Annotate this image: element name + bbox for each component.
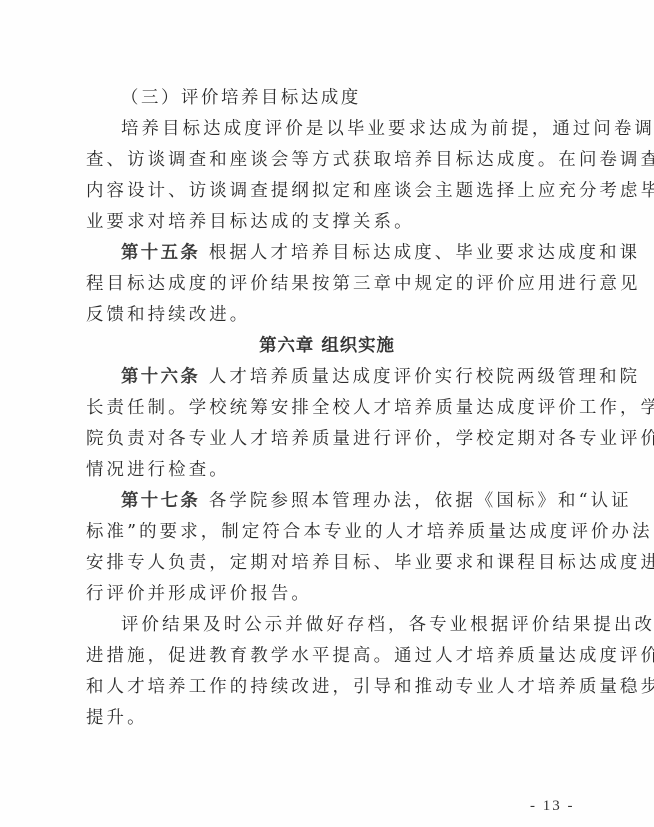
section-heading: （三）评价培养目标达成度 bbox=[86, 83, 574, 114]
paragraph-line: 院负责对各专业人才培养质量进行评价，学校定期对各专业评价 bbox=[86, 424, 574, 455]
paragraph-line: 业要求对培养目标达成的支撑关系。 bbox=[86, 207, 574, 238]
paragraph-line: 行评价并形成评价报告。 bbox=[86, 579, 574, 610]
paragraph-line: 第十七条 各学院参照本管理办法，依据《国标》和“认证 bbox=[86, 486, 574, 517]
article-text: 人才培养质量达成度评价实行校院两级管理和院 bbox=[200, 367, 640, 387]
paragraph-line: 进措施，促进教育教学水平提高。通过人才培养质量达成度评价 bbox=[86, 641, 574, 672]
paragraph-line: 安排专人负责，定期对培养目标、毕业要求和课程目标达成度进 bbox=[86, 548, 574, 579]
paragraph-line: 查、访谈调查和座谈会等方式获取培养目标达成度。在问卷调查 bbox=[86, 145, 574, 176]
article-label: 第十六条 bbox=[121, 367, 200, 387]
document-page: （三）评价培养目标达成度 培养目标达成度评价是以毕业要求达成为前提，通过问卷调 … bbox=[0, 0, 654, 827]
page-number: - 13 - bbox=[530, 798, 575, 815]
paragraph-line: 内容设计、访谈调查提纲拟定和座谈会主题选择上应充分考虑毕 bbox=[86, 176, 574, 207]
chapter-heading: 第六章 组织实施 bbox=[86, 331, 574, 362]
paragraph-training-goal-evaluation: 培养目标达成度评价是以毕业要求达成为前提，通过问卷调 查、访谈调查和座谈会等方式… bbox=[86, 114, 574, 238]
paragraph-results-publication: 评价结果及时公示并做好存档，各专业根据评价结果提出改 进措施，促进教育教学水平提… bbox=[86, 610, 574, 734]
paragraph-line: 反馈和持续改进。 bbox=[86, 300, 574, 331]
article-16: 第十六条 人才培养质量达成度评价实行校院两级管理和院 长责任制。学校统筹安排全校… bbox=[86, 362, 574, 486]
paragraph-line: 第十六条 人才培养质量达成度评价实行校院两级管理和院 bbox=[86, 362, 574, 393]
article-label: 第十七条 bbox=[121, 491, 200, 511]
article-text: 各学院参照本管理办法，依据《国标》和“认证 bbox=[200, 491, 632, 511]
paragraph-line: 培养目标达成度评价是以毕业要求达成为前提，通过问卷调 bbox=[86, 114, 574, 145]
article-label: 第十五条 bbox=[121, 243, 200, 263]
paragraph-line: 标准”的要求，制定符合本专业的人才培养质量达成度评价办法， bbox=[86, 517, 574, 548]
paragraph-line: 提升。 bbox=[86, 703, 574, 734]
paragraph-line: 程目标达成度的评价结果按第三章中规定的评价应用进行意见 bbox=[86, 269, 574, 300]
paragraph-line: 长责任制。学校统筹安排全校人才培养质量达成度评价工作，学 bbox=[86, 393, 574, 424]
paragraph-line: 评价结果及时公示并做好存档，各专业根据评价结果提出改 bbox=[86, 610, 574, 641]
paragraph-line: 情况进行检查。 bbox=[86, 455, 574, 486]
article-15: 第十五条 根据人才培养目标达成度、毕业要求达成度和课 程目标达成度的评价结果按第… bbox=[86, 238, 574, 331]
article-text: 根据人才培养目标达成度、毕业要求达成度和课 bbox=[200, 243, 640, 263]
article-17: 第十七条 各学院参照本管理办法，依据《国标》和“认证 标准”的要求，制定符合本专… bbox=[86, 486, 574, 610]
paragraph-line: 和人才培养工作的持续改进，引导和推动专业人才培养质量稳步 bbox=[86, 672, 574, 703]
document-body: （三）评价培养目标达成度 培养目标达成度评价是以毕业要求达成为前提，通过问卷调 … bbox=[86, 83, 574, 734]
paragraph-line: 第十五条 根据人才培养目标达成度、毕业要求达成度和课 bbox=[86, 238, 574, 269]
